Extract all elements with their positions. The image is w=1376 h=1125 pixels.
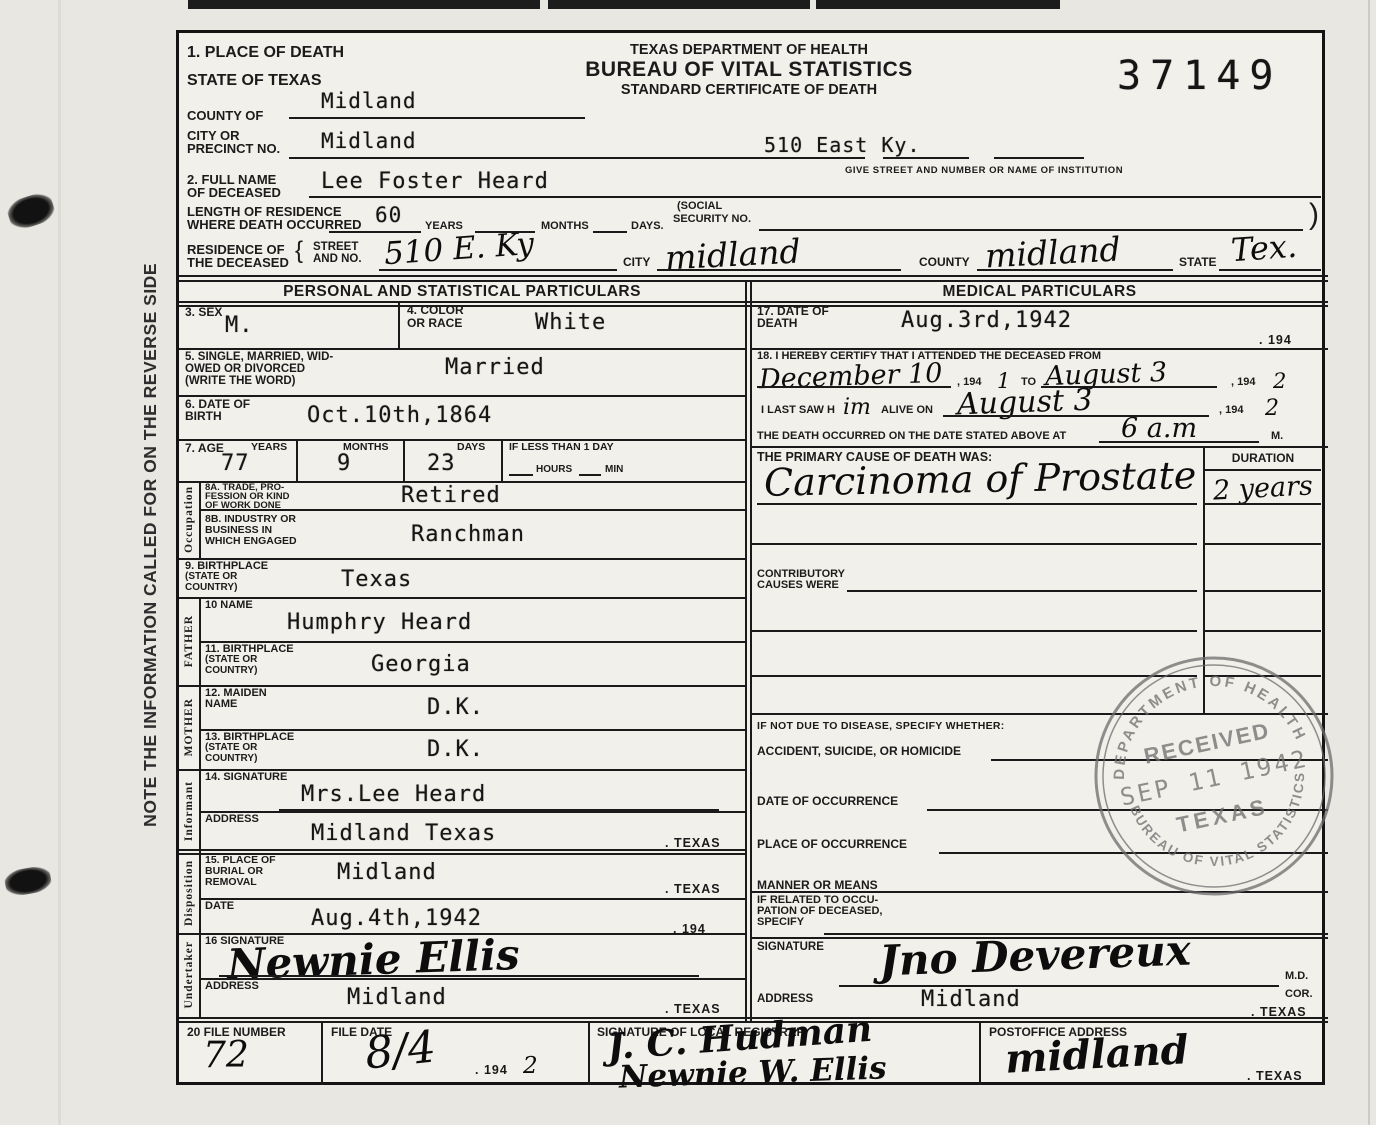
disposition-tab: Disposition [179, 853, 201, 933]
md-label: M.D. [1285, 971, 1308, 983]
rule [751, 543, 1197, 545]
rule [751, 446, 1328, 448]
street-value: 510 East Ky. [764, 133, 921, 157]
residence-label-2: THE DECEASED [187, 256, 289, 270]
duration-handwriting: 2 years [1212, 470, 1313, 506]
color-race-label-1: 4. COLOR [407, 304, 464, 317]
burial-date-value: Aug.4th,1942 [311, 906, 482, 931]
cor-label: COR. [1285, 989, 1313, 1001]
cause-of-death-handwriting: Carcinoma of Prostate [764, 453, 1197, 505]
county-value: Midland [321, 89, 417, 113]
rule [657, 269, 901, 271]
marital-label-2: OWED OR DIVORCED [185, 363, 305, 375]
informant-addr-suffix: . TEXAS [665, 836, 721, 850]
rule [751, 630, 1197, 632]
dept-header: TEXAS DEPARTMENT OF HEALTH [559, 43, 939, 58]
city-value: Midland [321, 129, 417, 153]
undertaker-addr-label: ADDRESS [205, 981, 259, 993]
father-bp-label-3: COUNTRY) [205, 666, 257, 677]
file-date-handwriting: 8/4 [363, 1021, 439, 1079]
certify-year2-printed: , 194 [1231, 377, 1255, 389]
rule [379, 269, 617, 271]
rule [201, 509, 747, 511]
received-stamp: DEPARTMENT OF HEALTH BUREAU OF VITAL STA… [1066, 628, 1363, 925]
rule [179, 597, 747, 599]
months-label: MONTHS [541, 221, 589, 233]
accident-label: ACCIDENT, SUICIDE, OR HOMICIDE [757, 745, 961, 758]
burial-suffix: . TEXAS [665, 882, 721, 896]
social-paren: ) [1309, 199, 1319, 231]
mother-bp-label-3: COUNTRY) [205, 754, 257, 765]
lastsaw-him-handwriting: im [843, 395, 871, 420]
dod-value: Aug.3rd,1942 [901, 308, 1072, 333]
rule [219, 975, 699, 977]
margin-note: NOTE THE INFORMATION CALLED FOR ON THE R… [136, 252, 164, 837]
father-name-label: 10 NAME [205, 600, 253, 612]
informant-sig-value: Mrs.Lee Heard [301, 782, 486, 807]
birthplace-value: Texas [341, 567, 412, 592]
scan-edge-bar [816, 0, 1060, 9]
burial-value: Midland [337, 860, 437, 885]
postoffice-suffix: . TEXAS [1247, 1069, 1303, 1083]
father-bp-value: Georgia [371, 652, 471, 677]
place-of-death-label: 1. PLACE OF DEATH [187, 45, 344, 62]
rule [179, 395, 747, 397]
rule [1205, 590, 1321, 592]
social-label-1: (SOCIAL [677, 201, 722, 213]
certificate-form: 1. PLACE OF DEATH STATE OF TEXAS TEXAS D… [176, 30, 1325, 1085]
mother-tab: MOTHER [179, 685, 201, 769]
scanned-death-certificate: NOTE THE INFORMATION CALLED FOR ON THE R… [0, 0, 1376, 1125]
sex-value: M. [225, 313, 254, 338]
city-label-2: PRECINCT NO. [187, 142, 280, 156]
undertaker-tab: Undertaker [179, 933, 201, 1017]
cell-divider [979, 1021, 981, 1085]
column-divider [745, 280, 747, 1021]
sex-label: 3. SEX [185, 306, 222, 319]
dod-suffix: . 194 [1259, 333, 1292, 347]
marital-label-3: (WRITE THE WORD) [185, 375, 296, 387]
certify-year2-handwriting: 2 [1273, 369, 1286, 393]
rule [179, 280, 1328, 282]
rule [179, 275, 1328, 277]
informant-addr-value: Midland Texas [311, 821, 496, 846]
rule [757, 386, 951, 388]
age-hours-label: HOURS [536, 465, 572, 476]
rule [883, 157, 969, 159]
rule [1099, 441, 1259, 443]
right-section-band: MEDICAL PARTICULARS [751, 283, 1328, 301]
trade-value: Retired [401, 483, 501, 508]
father-bp-label-2: (STATE OR [205, 655, 257, 666]
rule [839, 985, 1279, 987]
rule [179, 348, 747, 350]
street-no-label-2: AND NO. [313, 253, 362, 265]
residence-state-label: STATE [1179, 256, 1217, 269]
file-date-year-printed: . 194 [475, 1063, 508, 1077]
age-min-label: MIN [605, 465, 623, 476]
physician-addr-value: Midland [921, 987, 1021, 1012]
rule [593, 231, 627, 233]
street-caption: GIVE STREET AND NUMBER OR NAME OF INSTIT… [734, 166, 1234, 176]
scan-edge-bar [548, 0, 810, 9]
lastsaw-pre-label: I LAST SAW H [761, 405, 835, 417]
fullname-value: Lee Foster Heard [321, 169, 549, 194]
rule [759, 229, 1303, 231]
occupation-tab: Occupation [179, 481, 201, 558]
scan-page-edge [1368, 0, 1370, 1125]
rule [509, 474, 533, 476]
fullname-label-2: OF DECEASED [187, 186, 281, 200]
birthplace-label-2: (STATE OR [185, 572, 237, 583]
physician-sig-label: SIGNATURE [757, 941, 824, 953]
rule [977, 269, 1173, 271]
father-name-value: Humphry Heard [287, 610, 472, 635]
industry-label-3: WHICH ENGAGED [205, 536, 297, 547]
age-days-value: 23 [427, 451, 456, 476]
cell-divider [296, 439, 298, 481]
birthplace-label-3: COUNTRY) [185, 583, 237, 594]
age-years-value: 77 [221, 451, 250, 476]
residence-county-label: COUNTY [919, 256, 970, 269]
rule [289, 157, 865, 159]
postoffice-handwriting: midland [1004, 1026, 1190, 1083]
physician-addr-label: ADDRESS [757, 993, 813, 1005]
physician-addr-suffix: . TEXAS [1251, 1005, 1307, 1019]
physician-signature-handwriting: Jno Devereux [878, 926, 1191, 986]
scan-edge-bar [188, 0, 540, 9]
left-section-band: PERSONAL AND STATISTICAL PARTICULARS [179, 283, 745, 301]
certificate-number: 37149 [1117, 53, 1282, 99]
place-occurrence-label: PLACE OF OCCURRENCE [757, 838, 907, 851]
punch-hole [4, 190, 57, 233]
cell-divider [403, 439, 405, 481]
if-not-disease-label: IF NOT DUE TO DISEASE, SPECIFY WHETHER: [757, 721, 1005, 732]
mother-bp-label-2: (STATE OR [205, 743, 257, 754]
marital-value: Married [445, 355, 545, 380]
undertaker-addr-value: Midland [347, 985, 447, 1010]
cell-divider [398, 302, 400, 348]
bureau-header: BUREAU OF VITAL STATISTICS [519, 59, 979, 81]
rule [1205, 543, 1321, 545]
standard-cert-header: STANDARD CERTIFICATE OF DEATH [559, 83, 939, 98]
maiden-label-2: NAME [205, 699, 237, 711]
rule [179, 305, 1328, 307]
occurred-time-handwriting: 6 a.m [1121, 413, 1197, 444]
street-no-label-1: STREET [313, 241, 358, 253]
rule [329, 231, 421, 233]
state-of-texas-label: STATE OF TEXAS [187, 73, 322, 90]
lastsaw-post-label: ALIVE ON [881, 405, 933, 417]
margin-note-text: NOTE THE INFORMATION CALLED FOR ON THE R… [140, 263, 161, 827]
social-label-2: SECURITY NO. [673, 214, 751, 226]
residence-city-label: CITY [623, 256, 650, 269]
age-years-label: YEARS [251, 442, 287, 453]
file-number-handwriting: 72 [203, 1035, 249, 1076]
rule [309, 196, 1321, 198]
rule [179, 849, 747, 851]
age-less-than-label: IF LESS THAN 1 DAY [509, 442, 614, 453]
rule [1219, 269, 1321, 271]
cell-divider [588, 1021, 590, 1085]
dob-value: Oct.10th,1864 [307, 403, 492, 428]
rule [579, 474, 601, 476]
age-label: 7. AGE [185, 442, 224, 455]
age-months-value: 9 [337, 451, 351, 476]
residence-length-value: 60 [375, 203, 402, 227]
father-tab: FATHER [179, 597, 201, 685]
county-label: COUNTY OF [187, 109, 263, 123]
color-race-label-2: OR RACE [407, 317, 462, 330]
residence-length-label-2: WHERE DEATH OCCURRED [187, 218, 362, 232]
file-date-year-handwriting: 2 [523, 1053, 538, 1079]
rule [847, 590, 1197, 592]
rule [201, 898, 747, 900]
rule [757, 503, 1197, 505]
undertaker-addr-suffix: . TEXAS [665, 1002, 721, 1016]
marital-label-1: 5. SINGLE, MARRIED, WID- [185, 351, 333, 363]
date-occurrence-label: DATE OF OCCURRENCE [757, 795, 898, 808]
attended-from-handwriting: December 10 [759, 358, 943, 395]
days-label: DAYS. [631, 221, 664, 233]
lastsaw-year-printed: , 194 [1219, 405, 1243, 417]
rule [994, 157, 1084, 159]
cell-divider [321, 1021, 323, 1085]
rule [1205, 503, 1321, 505]
burial-label-3: REMOVAL [205, 877, 257, 888]
residence-brace: { [295, 238, 303, 263]
undertaker-signature-handwriting: Newnie Ellis [226, 930, 520, 989]
manner-means-label: MANNER OR MEANS [757, 879, 878, 892]
maiden-value: D.K. [427, 695, 484, 720]
cell-divider [501, 439, 503, 481]
punch-hole [3, 864, 53, 898]
residence-state-handwriting: Tex. [1230, 227, 1299, 270]
color-race-value: White [535, 310, 606, 335]
column-divider [750, 280, 752, 1021]
dod-label-2: DEATH [757, 317, 797, 330]
rule [289, 117, 585, 119]
rule [201, 811, 747, 813]
informant-sig-label: 14. SIGNATURE [205, 772, 287, 784]
informant-addr-label: ADDRESS [205, 814, 259, 826]
rule [179, 301, 1328, 303]
occurred-label: THE DEATH OCCURRED ON THE DATE STATED AB… [757, 431, 1066, 443]
age-days-label: DAYS [457, 442, 485, 453]
mother-bp-value: D.K. [427, 737, 484, 762]
related-occ-label-3: SPECIFY [757, 917, 804, 929]
industry-value: Ranchman [411, 522, 525, 547]
dob-label-2: BIRTH [185, 410, 222, 423]
contrib-label-2: CAUSES WERE [757, 580, 839, 592]
informant-tab: Informant [179, 769, 201, 853]
stamp-state: TEXAS [1174, 794, 1271, 838]
lastsaw-year-handwriting: 2 [1265, 396, 1279, 421]
duration-label: DURATION [1203, 452, 1323, 465]
rule [201, 978, 747, 980]
burial-date-label: DATE [205, 901, 234, 913]
occurred-m-label: M. [1271, 431, 1283, 443]
